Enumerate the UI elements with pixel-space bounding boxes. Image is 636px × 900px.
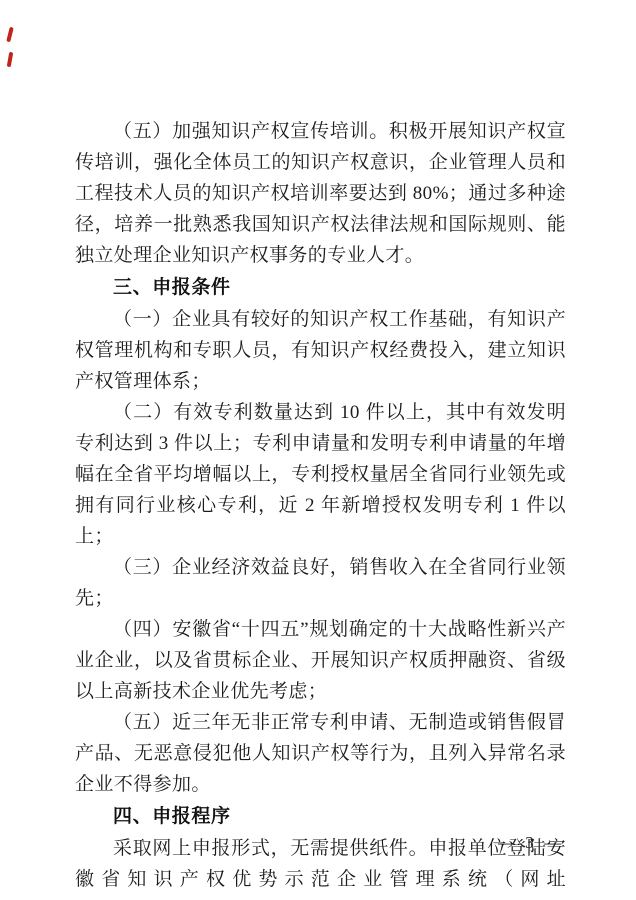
paragraph-five-training: （五）加强知识产权宣传培训。积极开展知识产权宣传培训，强化全体员工的知识产权意识… (75, 116, 566, 271)
section-heading-application-conditions: 三、申报条件 (75, 271, 566, 304)
red-pen-mark (6, 27, 14, 43)
section-heading-application-procedure: 四、申报程序 (75, 800, 566, 833)
red-pen-mark (7, 52, 14, 67)
paragraph-procedure-online: 采取网上申报形式，无需提供纸件。申报单位登陆安徽省知识产权优势示范企业管理系统（… (75, 833, 566, 895)
condition-item-2: （二）有效专利数量达到 10 件以上，其中有效发明专利达到 3 件以上；专利申请… (75, 397, 566, 552)
page-number: — 3 — (498, 833, 564, 853)
condition-item-1: （一）企业具有较好的知识产权工作基础，有知识产权管理机构和专职人员，有知识产权经… (75, 304, 566, 397)
condition-item-5: （五）近三年无非正常专利申请、无制造或销售假冒产品、无恶意侵犯他人知识产权等行为… (75, 707, 566, 800)
document-page: （五）加强知识产权宣传培训。积极开展知识产权宣传培训，强化全体员工的知识产权意识… (0, 0, 636, 900)
condition-item-3: （三）企业经济效益良好，销售收入在全省同行业领先； (75, 552, 566, 614)
document-body: （五）加强知识产权宣传培训。积极开展知识产权宣传培训，强化全体员工的知识产权意识… (75, 116, 566, 895)
condition-item-4: （四）安徽省“十四五”规划确定的十大战略性新兴产业企业，以及省贯标企业、开展知识… (75, 614, 566, 707)
